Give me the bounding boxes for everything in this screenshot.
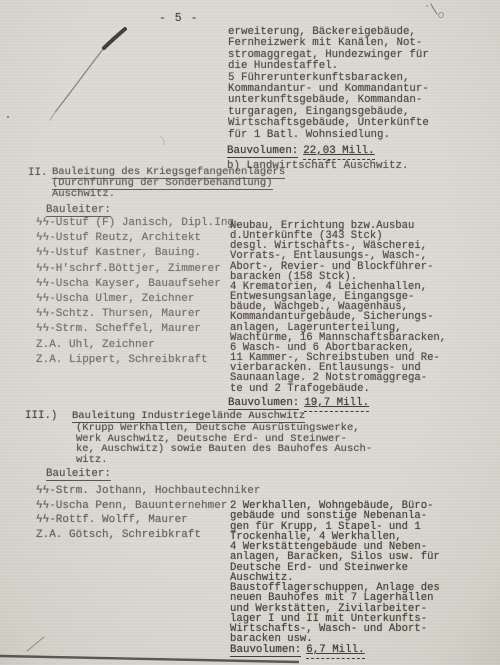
section3-numeral: III.): [25, 410, 57, 422]
section3-staff-list: ϟϟ-Strm. Jothann, Hochbautechnikerϟϟ-Usc…: [36, 484, 260, 542]
staff-member-line: ϟϟ-Uscha Ulmer, Zeichner: [36, 292, 241, 307]
staff-member-line: ϟϟ-Uscha Kayser, Bauaufseher: [36, 277, 241, 292]
staff-member-line: Z.A. Lippert, Schreibkraft: [36, 353, 241, 368]
section2-bauvolumen: Bauvolumen:19,7 Mill.: [228, 397, 369, 409]
section1-bauvolumen: Bauvolumen:22,03 Mill.: [227, 145, 375, 157]
section2-title: Bauleitung des Kriegsgefangenenlagers (D…: [52, 167, 285, 201]
bauvolumen-label: Bauvolumen:: [227, 145, 298, 158]
pencil-annotation-circle: [439, 13, 444, 18]
staff-member-line: Z.A. Uhl, Zeichner: [36, 338, 241, 353]
typewritten-line: ke, Auschwitz) sowie Bauten des Bauhofes…: [76, 444, 372, 455]
typewritten-line: neuen Bauhofes mit 7 Lagerhallen: [230, 593, 440, 603]
section3-subtitle: (Krupp Werkhallen, Deutsche Ausrüstungsw…: [76, 423, 372, 465]
diagonal-ink-stroke-end: [50, 111, 56, 120]
staff-member-line: ϟϟ-Ustuf Reutz, Architekt: [36, 231, 241, 246]
pencil-annotation-mark: [431, 4, 437, 14]
staff-member-line: ϟϟ-Ustuf Kastner, Bauing.: [36, 246, 241, 261]
staff-member-line: ϟϟ-Uscha Penn, Bauunternehmer: [36, 499, 260, 514]
bauvolumen-value: 6,7 Mill.: [306, 644, 364, 659]
small-slash-mark: [27, 637, 44, 651]
typewritten-line: baracken usw.: [230, 634, 440, 644]
bauvolumen-value: 19,7 Mill.: [304, 397, 369, 412]
typewritten-line: Wirtschaftsgebäude, Unterkünfte: [228, 118, 429, 129]
staff-member-line: ϟϟ-Rottf. Wolff, Maurer: [36, 513, 260, 528]
section3-title: Bauleitung Industriegelände Auschwitz: [72, 410, 305, 422]
section2-bauleiter-label: Bauleiter:: [46, 204, 111, 216]
section2-title-tail: Auschwitz.: [52, 189, 285, 200]
typewritten-line: für 1 Batl. Wohnsiedlung.: [228, 130, 429, 141]
staff-member-line: Z.A. Götsch, Schreibkraft: [36, 528, 260, 543]
staff-member-line: ϟϟ-Ustuf (F) Janisch, Dipl.Ing.: [36, 216, 241, 231]
typewritten-line: anlagen, Baracken, Silos usw. für: [230, 552, 440, 562]
section3-bauleiter-label: Bauleiter:: [46, 468, 111, 480]
typewritten-line: te und 2 Trafogebäude.: [230, 384, 446, 394]
bauvolumen-value: 22,03 Mill.: [303, 145, 374, 160]
section2-works-column: Neubau, Errichtung bzw.Ausbaud.Unterkünf…: [230, 221, 446, 394]
typewritten-line: witz.: [76, 455, 372, 466]
section3-bauvolumen: Bauvolumen:6,7 Mill.: [230, 644, 365, 656]
diagonal-ink-stroke-tail: [56, 48, 104, 111]
ink-speck: [7, 116, 9, 118]
staff-member-line: ϟϟ-Schtz. Thursen, Maurer: [36, 307, 241, 322]
bauvolumen-label: Bauvolumen:: [230, 644, 301, 657]
section3-works-column: 2 Werkhallen, Wohngebäude, Büro-gebäude …: [230, 501, 440, 645]
diagonal-ink-stroke: [104, 29, 125, 48]
typewritten-line: gebäude und sonstige Nebenanla-: [230, 511, 440, 521]
scanned-document-page: - 5 - erweiterung, Bäckereigebäude,Fernh…: [0, 0, 500, 665]
bauvolumen-label: Bauvolumen:: [228, 397, 299, 410]
typewritten-line: Saunaanlage. 2 Notstromaggrega-: [230, 373, 446, 383]
section2-staff-list: ϟϟ-Ustuf (F) Janisch, Dipl.Ing.ϟϟ-Ustuf …: [36, 216, 241, 368]
section2-numeral: II.: [28, 167, 47, 179]
section1-works-column: erweiterung, Bäckereigebäude,Fernheizwer…: [228, 27, 429, 141]
staff-member-line: ϟϟ-H'schrf.Böttjer, Zimmerer: [36, 262, 241, 277]
faint-curve-mark: [160, 136, 164, 145]
page-number: - 5 -: [159, 12, 199, 25]
typewritten-line: (Krupp Werkhallen, Deutsche Ausrüstungsw…: [76, 423, 372, 434]
staff-member-line: ϟϟ-Strm. Scheffel, Maurer: [36, 322, 241, 337]
staff-member-line: ϟϟ-Strm. Jothann, Hochbautechniker: [36, 484, 260, 499]
pencil-dot: [426, 5, 428, 7]
typewritten-line: die Hundestaffel.: [228, 61, 429, 72]
